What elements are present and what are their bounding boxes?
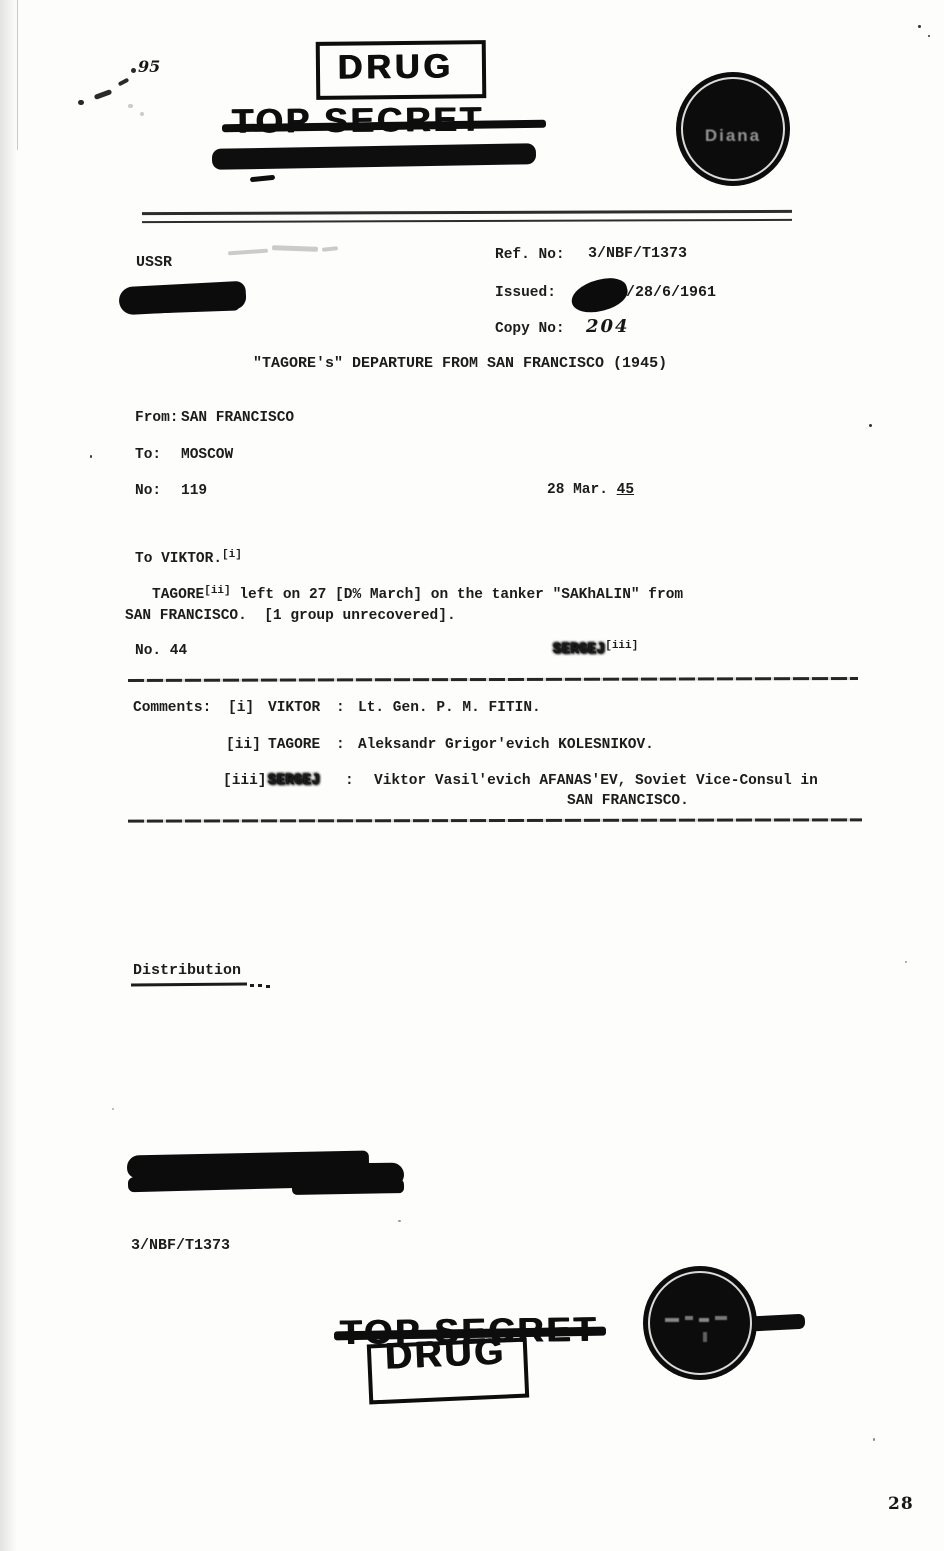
distribution-underline-dot xyxy=(250,984,254,987)
circular-stamp-bottom xyxy=(643,1266,757,1380)
redaction-blob-under-ussr-2 xyxy=(148,298,240,313)
pencil-scribble xyxy=(272,245,318,252)
pencil-dash xyxy=(94,89,113,100)
from-value: SAN FRANCISCO xyxy=(181,411,294,427)
signature-footnote-ref: [iii] xyxy=(605,640,638,652)
scan-speck xyxy=(112,1108,114,1110)
issued-value: /28/6/1961 xyxy=(626,285,716,302)
footer-reference: 3/NBF/T1373 xyxy=(131,1238,230,1255)
salutation: To VIKTOR.[i] xyxy=(135,549,242,568)
header-double-rule xyxy=(142,210,792,223)
signature: SERGEJ[iii] xyxy=(553,640,638,659)
drug-stamp-text-top: DRUG xyxy=(338,47,455,87)
comment-ref-2: [ii] xyxy=(226,738,261,754)
issued-label: Issued: xyxy=(495,286,556,302)
comment-desc-3b: SAN FRANCISCO. xyxy=(567,794,689,810)
comment-name-3: SERGEJ xyxy=(268,774,320,790)
scan-speck xyxy=(398,1220,401,1222)
from-label: From: xyxy=(135,411,179,427)
no-label: No: xyxy=(135,484,161,500)
internal-number: No. 44 xyxy=(135,644,187,660)
distribution-heading: Distribution xyxy=(133,963,241,980)
no-value: 119 xyxy=(181,484,207,500)
salutation-footnote-ref: [i] xyxy=(222,549,242,561)
stamp-mark xyxy=(685,1316,693,1320)
date-year-underlined: 45 xyxy=(617,482,634,498)
scan-edge-line xyxy=(17,0,18,150)
body-footnote-ref: [ii] xyxy=(204,585,230,597)
comments-bottom-rule xyxy=(128,818,862,822)
document-title: "TAGORE's" DEPARTURE FROM SAN FRANCISCO … xyxy=(253,356,667,373)
comment-colon-2: : xyxy=(336,738,345,754)
distribution-underline xyxy=(131,982,247,986)
body-covername: TAGORE xyxy=(152,587,204,603)
comment-desc-3: Viktor Vasil'evich AFANAS'EV, Soviet Vic… xyxy=(374,774,818,790)
stamp-mark xyxy=(665,1318,679,1322)
to-value: MOSCOW xyxy=(181,448,233,464)
comment-colon-1: : xyxy=(336,701,345,717)
drug-stamp-box-top: DRUG xyxy=(316,40,487,100)
handwritten-note: 95 xyxy=(138,57,160,76)
pencil-dash xyxy=(118,78,130,87)
redaction-blob-issued xyxy=(568,274,631,318)
comments-label: Comments: xyxy=(133,701,211,717)
pencil-dot-faint xyxy=(140,112,144,116)
scan-left-edge xyxy=(0,0,20,1551)
scan-speck xyxy=(90,455,92,458)
redaction-bar-under-top-secret xyxy=(212,143,536,170)
body-line-1: TAGORE[ii] left on 27 [D% March] on the … xyxy=(152,585,683,604)
comment-name-1: VIKTOR xyxy=(268,701,320,717)
message-date: 28 Mar. 45 xyxy=(547,483,634,499)
comment-ref-1: [i] xyxy=(228,701,254,717)
comments-top-rule xyxy=(128,677,858,682)
circular-stamp-top-text: Diana xyxy=(676,126,790,146)
scan-speck xyxy=(928,35,930,37)
comment-ref-3: [iii] xyxy=(223,774,267,790)
copy-no-label: Copy No: xyxy=(495,322,565,338)
ref-no-value: 3/NBF/T1373 xyxy=(588,246,687,263)
redaction-bar-large-4 xyxy=(292,1179,404,1195)
comment-desc-2: Aleksandr Grigor'evich KOLESNIKOV. xyxy=(358,738,654,754)
scan-speck xyxy=(873,1438,875,1441)
body-line-1-text: left on 27 [D% March] on the tanker "SAK… xyxy=(231,587,683,603)
comment-colon-3: : xyxy=(345,774,354,790)
stamp-mark xyxy=(703,1332,707,1342)
comment-name-2: TAGORE xyxy=(268,738,320,754)
scan-speck xyxy=(869,424,872,427)
country-label: USSR xyxy=(136,255,172,272)
stamp-tail-mark xyxy=(753,1314,806,1332)
scan-speck xyxy=(918,25,921,28)
to-label: To: xyxy=(135,448,161,464)
scan-speck xyxy=(905,961,907,963)
ink-dash xyxy=(250,175,275,183)
page-number: 28 xyxy=(888,1494,914,1514)
pencil-dot xyxy=(78,100,84,105)
date-prefix: 28 Mar. xyxy=(547,482,617,498)
stamp-mark xyxy=(699,1318,709,1322)
body-line-2: SAN FRANCISCO. [1 group unrecovered]. xyxy=(125,609,456,625)
signature-covername: SERGEJ xyxy=(553,642,605,658)
pencil-scribble xyxy=(228,249,268,256)
comment-desc-1: Lt. Gen. P. M. FITIN. xyxy=(358,701,541,717)
redaction-bar-large-3 xyxy=(128,1173,306,1193)
salutation-text: To VIKTOR. xyxy=(135,551,222,567)
pencil-dot xyxy=(131,68,136,73)
pencil-dot-faint xyxy=(128,104,133,108)
distribution-underline-dot xyxy=(266,985,270,988)
drug-stamp-text-bottom: DRUG xyxy=(384,1330,507,1377)
stamp-mark xyxy=(715,1316,727,1320)
drug-stamp-box-bottom: DRUG xyxy=(367,1338,529,1405)
ref-no-label: Ref. No: xyxy=(495,248,565,264)
pencil-scribble xyxy=(322,246,338,252)
copy-no-value: 204 xyxy=(586,316,630,337)
circular-stamp-top: Diana xyxy=(676,72,790,186)
document-page: 95 DRUG TOP SECRET Diana USSR Ref. No: 3… xyxy=(0,0,944,1551)
distribution-underline-dot xyxy=(258,984,262,987)
